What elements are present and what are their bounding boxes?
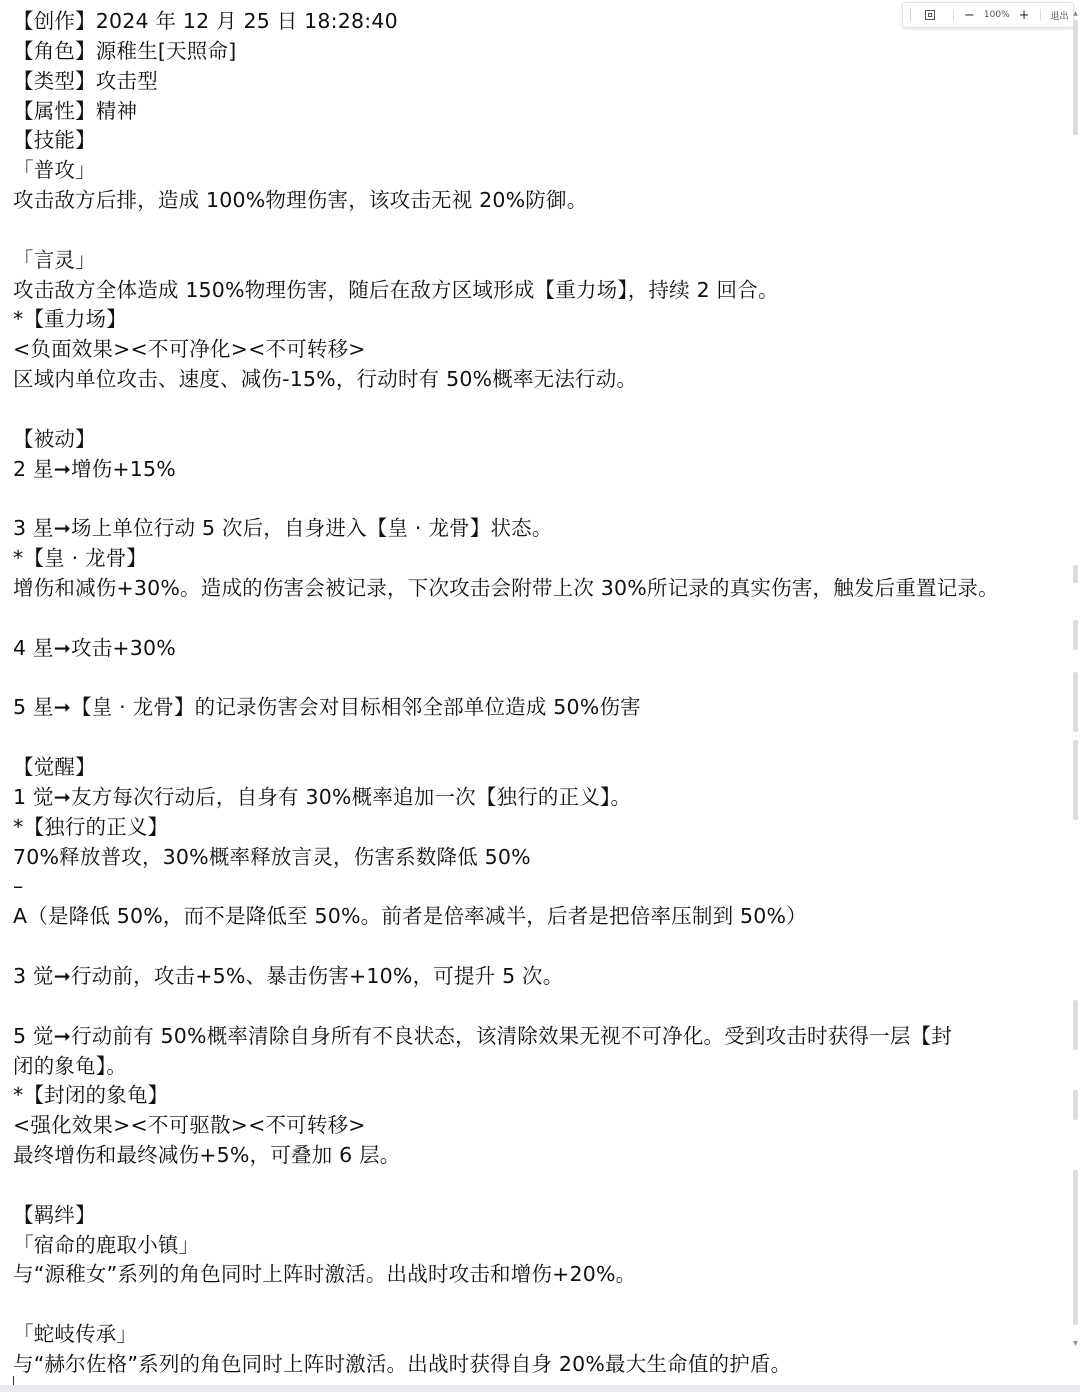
scroll-down-icon[interactable]: ▼ <box>1072 1340 1079 1347</box>
document-line <box>13 604 1068 634</box>
document-line <box>13 395 1068 425</box>
toolbar-divider <box>953 9 954 21</box>
document-line: 5 星➞【皇 · 龙骨】的记录伤害会对目标相邻全部单位造成 50%伤害 <box>13 693 1068 723</box>
document-line: 70%释放普攻，30%概率释放言灵，伤害系数降低 50% <box>13 843 1068 873</box>
document-line: 2 星➞增伤+15% <box>13 455 1068 485</box>
bottom-bar <box>0 1385 1080 1392</box>
document-line: – <box>13 872 1068 902</box>
document-line: 与“源稚女”系列的角色同时上阵时激活。出战时攻击和增伤+20%。 <box>13 1260 1068 1290</box>
document-line <box>13 664 1068 694</box>
document-line: 攻击敌方后排，造成 100%物理伤害，该攻击无视 20%防御。 <box>13 186 1068 216</box>
document-line: A（是降低 50%，而不是降低至 50%。前者是倍率减半，后者是把倍率压制到 5… <box>13 902 1068 932</box>
document-line: 最终增伤和最终减伤+5%，可叠加 6 层。 <box>13 1141 1068 1171</box>
document-line: 【被动】 <box>13 425 1068 455</box>
document-line: 区域内单位攻击、速度、减伤-15%，行动时有 50%概率无法行动。 <box>13 365 1068 395</box>
document-line: *【重力场】 <box>13 305 1068 335</box>
document-line: 1 觉➞友方每次行动后，自身有 30%概率追加一次【独行的正义】。 <box>13 783 1068 813</box>
document-line: 【觉醒】 <box>13 753 1068 783</box>
document-line: 「宿命的鹿取小镇」 <box>13 1231 1068 1261</box>
document-line: 【属性】精神 <box>13 97 1068 127</box>
document-line <box>13 992 1068 1022</box>
vertical-scrollbar[interactable]: ▲ ▼ <box>1071 0 1080 1385</box>
document-line: 增伤和减伤+30%。造成的伤害会被记录，下次攻击会附带上次 30%所记录的真实伤… <box>13 574 1068 604</box>
document-line: 「言灵」 <box>13 246 1068 276</box>
scrollbar-thumb[interactable] <box>1073 20 1078 135</box>
document-line <box>13 216 1068 246</box>
exit-button[interactable]: 退出 <box>1051 9 1069 22</box>
scrollbar-segment <box>1073 620 1078 650</box>
document-line: 闭的象龟】。 <box>13 1052 1068 1082</box>
document-line: <负面效果><不可净化><不可转移> <box>13 335 1068 365</box>
document-line <box>13 1171 1068 1201</box>
zoom-level: 100% <box>984 10 1010 20</box>
document-line: 「普攻」 <box>13 156 1068 186</box>
document-line: <强化效果><不可驱散><不可转移> <box>13 1111 1068 1141</box>
document-line: 「蛇岐传承」 <box>13 1320 1068 1350</box>
scrollbar-segment <box>1073 1000 1078 1050</box>
scrollbar-segment <box>1073 672 1078 732</box>
document-line: 【类型】攻击型 <box>13 67 1068 97</box>
document-line: 3 觉➞行动前，攻击+5%、暴击伤害+10%，可提升 5 次。 <box>13 962 1068 992</box>
scroll-up-icon[interactable]: ▲ <box>1072 10 1079 17</box>
document-line: 【羁绊】 <box>13 1201 1068 1231</box>
scrollbar-segment <box>1073 1170 1078 1325</box>
document-line: *【皇 · 龙骨】 <box>13 544 1068 574</box>
document-line <box>13 932 1068 962</box>
document-body[interactable]: 【创作】2024 年 12 月 25 日 18:28:40【角色】源稚生[天照命… <box>13 7 1068 1380</box>
zoom-out-button[interactable]: − <box>960 9 979 22</box>
document-line <box>13 485 1068 515</box>
document-line <box>13 723 1068 753</box>
document-line: 3 星➞场上单位行动 5 次后，自身进入【皇 · 龙骨】状态。 <box>13 514 1068 544</box>
drag-handle[interactable] <box>910 9 911 21</box>
document-line: 5 觉➞行动前有 50%概率清除自身所有不良状态，该清除效果无视不可净化。受到攻… <box>13 1022 1068 1052</box>
document-line: 【角色】源稚生[天照命] <box>13 37 1068 67</box>
document-line: 【技能】 <box>13 126 1068 156</box>
zoom-in-button[interactable]: + <box>1015 9 1034 22</box>
scrollbar-segment <box>1073 740 1078 820</box>
document-line: *【封闭的象龟】 <box>13 1081 1068 1111</box>
zoom-toolbar: − 100% + 退出 <box>902 2 1074 28</box>
document-line: *【独行的正义】 <box>13 813 1068 843</box>
scrollbar-segment <box>1073 565 1078 583</box>
document-line: 与“赫尔佐格”系列的角色同时上阵时激活。出战时获得自身 20%最大生命值的护盾。 <box>13 1350 1068 1380</box>
document-line: 4 星➞攻击+30% <box>13 634 1068 664</box>
document-line <box>13 1290 1068 1320</box>
toolbar-divider <box>1040 9 1041 21</box>
scrollbar-segment <box>1073 1090 1078 1120</box>
document-line: 攻击敌方全体造成 150%物理伤害，随后在敌方区域形成【重力场】，持续 2 回合… <box>13 276 1068 306</box>
fit-screen-icon[interactable] <box>925 10 935 20</box>
